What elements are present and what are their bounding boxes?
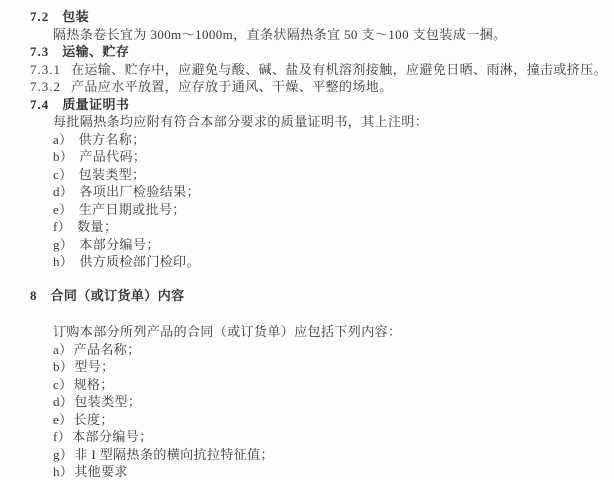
list-marker: c） — [53, 377, 73, 392]
list-text: 产品名称； — [74, 342, 141, 357]
subclause-7-3-2: 7.3.2产品应水平放置，应存放于通风、干燥、平整的场地。 — [0, 78, 614, 96]
list-text: 供方质检部门检印。 — [79, 254, 200, 269]
list-text: 本部分编号； — [79, 237, 159, 252]
list-text: 非 I 型隔热条的横向抗拉特征值； — [74, 447, 274, 462]
list-marker: b） — [53, 149, 73, 164]
subclause-text: 产品应水平放置，应存放于通风、干燥、平整的场地。 — [71, 79, 393, 94]
list-item: c）规格； — [0, 376, 614, 394]
list-marker: e） — [53, 202, 73, 217]
subclause-text: 在运输、贮存中，应避免与酸、碱、盐及有机溶剂接触，应避免日晒、雨淋，撞击或挤压。 — [71, 62, 607, 77]
list-marker: f） — [53, 429, 71, 444]
section-heading-7-4: 7.4质量证明书 — [0, 96, 614, 114]
list-item: e）生产日期或批号； — [0, 201, 614, 219]
list-item: a）产品名称； — [0, 341, 614, 359]
list-marker: a） — [53, 132, 73, 147]
list-text: 产品代码； — [79, 149, 146, 164]
list-item: b）型号； — [0, 358, 614, 376]
section-number: 7.4 — [30, 97, 49, 112]
list-item: f）数量； — [0, 218, 614, 236]
list-item: h）其他要求 — [0, 463, 614, 480]
section-title: 运输、贮存 — [62, 44, 129, 59]
list-marker: h） — [53, 254, 73, 269]
section-heading-8: 8合同（或订货单）内容 — [0, 287, 614, 305]
section-title: 质量证明书 — [62, 97, 129, 112]
list-item: e）长度； — [0, 411, 614, 429]
section-number: 8 — [30, 288, 38, 303]
section-title: 合同（或订货单）内容 — [51, 288, 185, 303]
list-item: f）本部分编号； — [0, 428, 614, 446]
list-marker: h） — [53, 464, 73, 479]
list-item: c）包装类型； — [0, 166, 614, 184]
list-marker: f） — [53, 219, 71, 234]
list-marker: e） — [53, 412, 73, 427]
list-marker: a） — [53, 342, 73, 357]
list-text: 型号； — [74, 359, 114, 374]
list-item: h）供方质检部门检印。 — [0, 253, 614, 271]
list-marker: c） — [53, 167, 73, 182]
list-item: a）供方名称； — [0, 131, 614, 149]
subclause-number: 7.3.1 — [30, 62, 61, 77]
section-heading-7-2: 7.2包装 — [0, 8, 614, 26]
subclause-7-3-1: 7.3.1在运输、贮存中，应避免与酸、碱、盐及有机溶剂接触，应避免日晒、雨淋，撞… — [0, 61, 614, 79]
list-text: 长度； — [74, 412, 114, 427]
section-number: 7.3 — [30, 44, 49, 59]
paragraph-7-2: 隔热条卷长宜为 300m～1000m，直条状隔热条宜 50 支～100 支包装成… — [0, 26, 614, 44]
list-text: 生产日期或批号； — [79, 202, 186, 217]
paragraph-7-4: 每批隔热条均应附有符合本部分要求的质量证明书，其上注明： — [0, 113, 614, 131]
list-marker: g） — [53, 447, 73, 462]
list-marker: b） — [53, 359, 73, 374]
list-item: d）各项出厂检验结果； — [0, 183, 614, 201]
list-item: b）产品代码； — [0, 148, 614, 166]
list-text: 其他要求 — [74, 464, 128, 479]
list-text: 包装类型； — [74, 394, 141, 409]
section-title: 包装 — [62, 9, 89, 24]
list-text: 供方名称； — [79, 132, 146, 147]
list-item: g）非 I 型隔热条的横向抗拉特征值； — [0, 446, 614, 464]
list-text: 规格； — [74, 377, 114, 392]
list-text: 包装类型； — [79, 167, 146, 182]
section-heading-7-3: 7.3运输、贮存 — [0, 43, 614, 61]
section-number: 7.2 — [30, 9, 49, 24]
list-item: g）本部分编号； — [0, 236, 614, 254]
list-marker: d） — [53, 394, 73, 409]
list-marker: g） — [53, 237, 73, 252]
paragraph-8: 订购本部分所列产品的合同（或订货单）应包括下列内容： — [0, 323, 614, 341]
list-text: 本部分编号； — [72, 429, 152, 444]
document-page: 7.2包装 隔热条卷长宜为 300m～1000m，直条状隔热条宜 50 支～10… — [0, 0, 614, 480]
list-text: 各项出厂检验结果； — [79, 184, 200, 199]
list-marker: d） — [53, 184, 73, 199]
subclause-number: 7.3.2 — [30, 79, 61, 94]
list-text: 数量； — [77, 219, 117, 234]
list-item: d）包装类型； — [0, 393, 614, 411]
